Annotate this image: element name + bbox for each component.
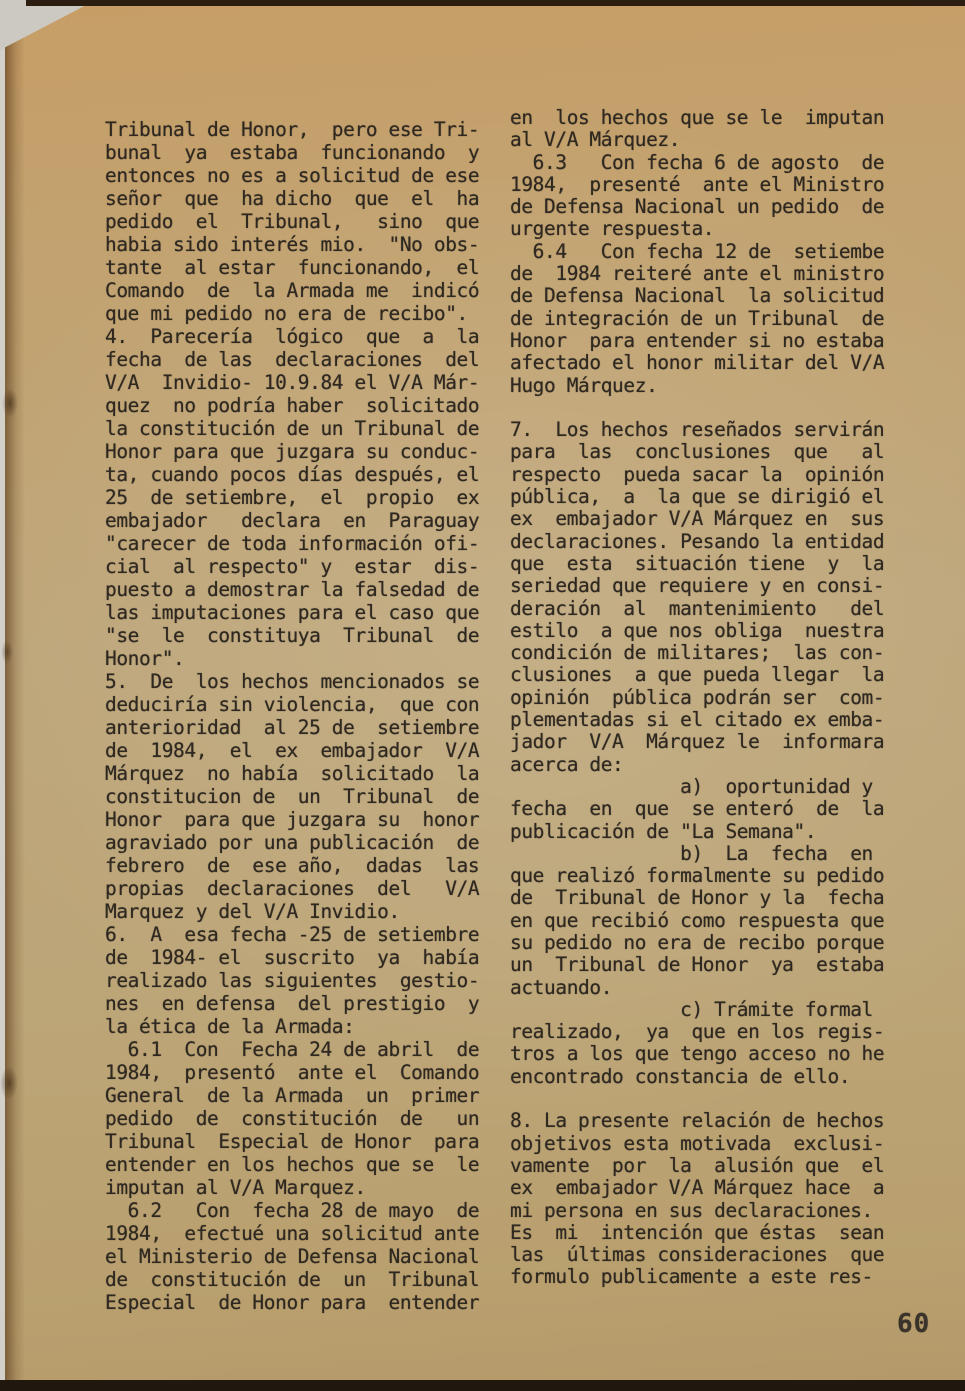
text-line: declaraciones. Pesando la entidad [510, 531, 884, 553]
text-line: en los hechos que se le imputan [510, 107, 884, 129]
text-line: que mi pedido no era de recibo". [105, 302, 479, 325]
text-line: entender en los hechos que se le [105, 1153, 479, 1176]
text-line: a) oportunidad y [510, 776, 884, 798]
text-line: fecha de las declaraciones del [105, 348, 479, 371]
text-line: publicación de "La Semana". [510, 821, 884, 843]
text-line: la ética de la Armada: [105, 1015, 479, 1038]
text-line: pública, a la que se dirigió el [510, 486, 884, 508]
text-line: en que recibió como respuesta que [510, 910, 884, 932]
text-line: quez no podría haber solicitado [105, 394, 479, 417]
text-line: Honor para que juzgara su honor [105, 808, 479, 831]
text-line: 6.3 Con fecha 6 de agosto de [510, 152, 884, 174]
text-line: 7. Los hechos reseñados servirán [510, 419, 884, 441]
text-line: Honor para entender si no estaba [510, 330, 884, 352]
text-line: de 1984 reiteré ante el ministro [510, 263, 884, 285]
text-line: 8. La presente relación de hechos [510, 1110, 884, 1132]
scanned-paper: Tribunal de Honor, pero ese Tri-bunal ya… [5, 5, 965, 1381]
text-line: de Defensa Nacional un pedido de [510, 196, 884, 218]
text-line: su pedido no era de recibo porque [510, 932, 884, 954]
text-line: Márquez no había solicitado la [105, 762, 479, 785]
text-line: Hugo Márquez. [510, 375, 884, 397]
text-line [510, 1088, 884, 1110]
text-line: las imputaciones para el caso que [105, 601, 479, 624]
text-line: constitucion de un Tribunal de [105, 785, 479, 808]
text-line: urgente respuesta. [510, 218, 884, 240]
text-line: jador V/A Márquez le informara [510, 731, 884, 753]
text-line: tante al estar funcionando, el [105, 256, 479, 279]
text-line: cial al respecto" y estar dis- [105, 555, 479, 578]
text-line: febrero de ese año, dadas las [105, 854, 479, 877]
text-column-left: Tribunal de Honor, pero ese Tri-bunal ya… [105, 118, 479, 1314]
text-line: embajador declara en Paraguay [105, 509, 479, 532]
page-edge-bottom [0, 1380, 965, 1391]
text-line: ex embajador V/A Márquez en sus [510, 508, 884, 530]
text-line: entonces no es a solicitud de ese [105, 164, 479, 187]
text-line: 1984, presentó ante el Comando [105, 1061, 479, 1084]
text-line: V/A Invidio- 10.9.84 el V/A Már- [105, 371, 479, 394]
page-edge-top [26, 0, 965, 6]
text-line: Comando de la Armada me indicó [105, 279, 479, 302]
text-line: que esta situación tiene y la [510, 553, 884, 575]
text-line: "se le constituya Tribunal de [105, 624, 479, 647]
paper-left-edge-shadow [5, 0, 25, 1391]
scanner-background-strip [0, 0, 5, 1391]
text-line: 6. A esa fecha -25 de setiembre [105, 923, 479, 946]
text-line: pedido de constitución de un [105, 1107, 479, 1130]
text-line: al V/A Márquez. [510, 129, 884, 151]
text-line: actuando. [510, 977, 884, 999]
text-line: deduciría sin violencia, que con [105, 693, 479, 716]
text-line: 6.4 Con fecha 12 de setiembe [510, 241, 884, 263]
text-line: 25 de setiembre, el propio ex [105, 486, 479, 509]
text-line: de 1984- el suscrito ya había [105, 946, 479, 969]
text-line: realizado, ya que en los regis- [510, 1021, 884, 1043]
text-line: anterioridad al 25 de setiembre [105, 716, 479, 739]
text-line: imputan al V/A Marquez. [105, 1176, 479, 1199]
text-line: pedido el Tribunal, sino que [105, 210, 479, 233]
text-line: para las conclusiones que al [510, 441, 884, 463]
text-line: puesto a demostrar la falsedad de [105, 578, 479, 601]
text-line: acerca de: [510, 754, 884, 776]
text-line: un Tribunal de Honor ya estaba [510, 954, 884, 976]
text-line: Especial de Honor para entender [105, 1291, 479, 1314]
text-line: ta, cuando pocos días después, el [105, 463, 479, 486]
text-line: 6.2 Con fecha 28 de mayo de [105, 1199, 479, 1222]
text-line: el Ministerio de Defensa Nacional [105, 1245, 479, 1268]
text-line: Honor para que juzgara su conduc- [105, 440, 479, 463]
text-line: condición de militares; las con- [510, 642, 884, 664]
text-line: de Tribunal de Honor y la fecha [510, 887, 884, 909]
text-line: objetivos esta motivada exclusi- [510, 1133, 884, 1155]
text-line: de 1984, el ex embajador V/A [105, 739, 479, 762]
text-column-right: en los hechos que se le imputanal V/A Má… [510, 107, 884, 1289]
text-line: habia sido interés mio. "No obs- [105, 233, 479, 256]
text-line: clusiones a que pueda llegar la [510, 664, 884, 686]
text-line: afectado el honor militar del V/A [510, 352, 884, 374]
text-line: General de la Armada un primer [105, 1084, 479, 1107]
text-line: las últimas consideraciones que [510, 1244, 884, 1266]
text-line: 4. Parecería lógico que a la [105, 325, 479, 348]
text-line: 5. De los hechos mencionados se [105, 670, 479, 693]
text-line: nes en defensa del prestigio y [105, 992, 479, 1015]
text-line: propias declaraciones del V/A [105, 877, 479, 900]
text-line: vamente por la alusión que el [510, 1155, 884, 1177]
text-line: de Defensa Nacional la solicitud [510, 285, 884, 307]
text-line: la constitución de un Tribunal de [105, 417, 479, 440]
text-line: respecto pueda sacar la opinión [510, 464, 884, 486]
text-line: 1984, presenté ante el Ministro [510, 174, 884, 196]
text-line: agraviado por una publicación de [105, 831, 479, 854]
text-line: 1984, efectué una solicitud ante [105, 1222, 479, 1245]
text-line: b) La fecha en [510, 843, 884, 865]
text-line: señor que ha dicho que el ha [105, 187, 479, 210]
text-line: "carecer de toda información ofi- [105, 532, 479, 555]
text-line: encontrado constancia de ello. [510, 1066, 884, 1088]
text-line: bunal ya estaba funcionando y [105, 141, 479, 164]
text-line: realizado las siguientes gestio- [105, 969, 479, 992]
text-line: tros a los que tengo acceso no he [510, 1043, 884, 1065]
text-line: c) Trámite formal [510, 999, 884, 1021]
page-number: 60 [897, 1309, 930, 1339]
text-line: fecha en que se enteró de la [510, 798, 884, 820]
text-line: opinión pública podrán ser com- [510, 687, 884, 709]
text-line: seriedad que requiere y en consi- [510, 575, 884, 597]
text-line: Marquez y del V/A Invidio. [105, 900, 479, 923]
text-line: Tribunal de Honor, pero ese Tri- [105, 118, 479, 141]
text-line: deración al mantenimiento del [510, 598, 884, 620]
text-line: formulo publicamente a este res- [510, 1266, 884, 1288]
text-line: mi persona en sus declaraciones. [510, 1200, 884, 1222]
text-line: plementadas si el citado ex emba- [510, 709, 884, 731]
text-line: Tribunal Especial de Honor para [105, 1130, 479, 1153]
text-line: estilo a que nos obliga nuestra [510, 620, 884, 642]
text-line: ex embajador V/A Márquez hace a [510, 1177, 884, 1199]
text-line: 6.1 Con Fecha 24 de abril de [105, 1038, 479, 1061]
text-line: de integración de un Tribunal de [510, 308, 884, 330]
text-line: de constitución de un Tribunal [105, 1268, 479, 1291]
text-line: que realizó formalmente su pedido [510, 865, 884, 887]
text-line: Es mi intención que éstas sean [510, 1222, 884, 1244]
text-line [510, 397, 884, 419]
text-line: Honor". [105, 647, 479, 670]
